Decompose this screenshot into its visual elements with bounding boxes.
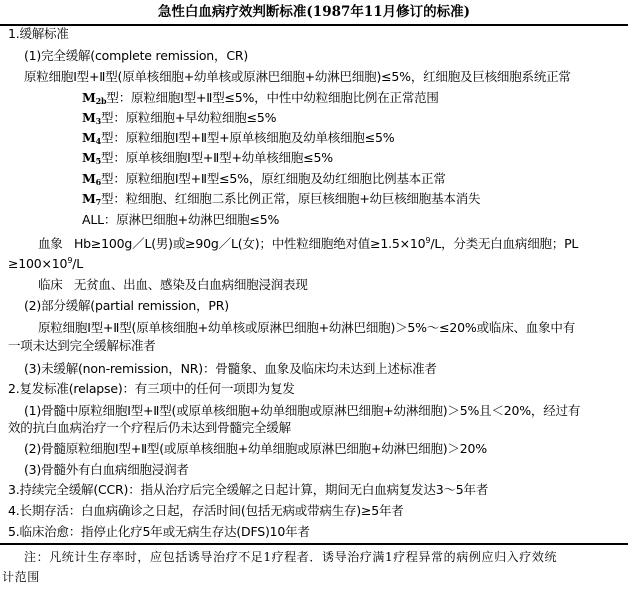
clinical-label: 临床 [38, 277, 63, 292]
cr-subtype-m4: M4型：原粒细胞Ⅰ型+Ⅱ型+原单核细胞及幼单核细胞≤5% [82, 129, 394, 147]
footnote-continued: 计范围 [2, 568, 40, 586]
relapse-item-1: (1)骨髓中原粒细胞Ⅰ型+Ⅱ型(或原单核细胞+幼单细胞或原淋巴细胞+幼淋细胞)＞… [24, 402, 580, 420]
relapse-item-2: (2)骨髓原粒细胞Ⅰ型+Ⅱ型(或原单核细胞+幼单细胞或原淋巴细胞+幼淋巴细胞)＞… [24, 440, 487, 458]
pr-criteria: 原粒细胞Ⅰ型+Ⅱ型(原单核细胞+幼单核或原淋巴细胞+幼淋巴细胞)＞5%～≤20%… [38, 319, 575, 337]
bottom-rule [0, 543, 628, 545]
subtype-text: 原粒细胞+早幼粒细胞≤5% [126, 110, 277, 125]
subtype-tag: M6 [82, 171, 101, 186]
cr-subtype-m3: M3型：原粒细胞+早幼粒细胞≤5% [82, 109, 276, 127]
subtype-text: 原粒细胞Ⅰ型+Ⅱ型+原单核细胞及幼单核细胞≤5% [126, 130, 395, 145]
top-rule [0, 24, 628, 26]
cr-subtype-m7: M7型：粒细胞、红细胞二系比例正常，原巨核细胞+幼巨核细胞基本消失 [82, 190, 480, 208]
cr-subtype-m5: M5型：原单核细胞Ⅰ型+Ⅱ型+幼单核细胞≤5% [82, 149, 333, 167]
cr-heading: (1)完全缓解(complete remission，CR) [24, 47, 248, 65]
cr-blood-criteria-continued: ≥100×109/L [8, 255, 83, 273]
section-5-clinical-cure: 5.临床治愈：指停止化疗5年或无病生存达(DFS)10年者 [8, 523, 310, 541]
section-1-heading: 1.缓解标准 [8, 25, 69, 43]
cr-general-criteria: 原粒细胞Ⅰ型+Ⅱ型(原单核细胞+幼单核或原淋巴细胞+幼淋巴细胞)≤5%，红细胞及… [24, 68, 571, 86]
blood-label: 血象 [38, 236, 63, 251]
subtype-tag: M7 [82, 191, 101, 206]
subtype-text: 粒细胞、红细胞二系比例正常，原巨核细胞+幼巨核细胞基本消失 [126, 191, 481, 206]
subtype-text: 原粒细胞Ⅰ型+Ⅱ型≤5%，中性中幼粒细胞比例在正常范围 [131, 90, 439, 105]
subtype-text: 原粒细胞Ⅰ型+Ⅱ型≤5%，原红细胞及幼红细胞比例基本正常 [126, 171, 446, 186]
subtype-tag: M4 [82, 130, 101, 145]
section-4-long-term-survival: 4.长期存活：白血病确诊之日起，存活时间(包括无病或带病生存)≥5年者 [8, 502, 404, 520]
cr-blood-criteria: 血象 Hb≥100g／L(男)或≥90g／L(女)；中性粒细胞绝对值≥1.5×1… [38, 235, 578, 253]
subtype-text: 原单核细胞Ⅰ型+Ⅱ型+幼单核细胞≤5% [126, 150, 333, 165]
subtype-tag: M2b [82, 90, 106, 105]
cr-subtype-m2b: M2b型：原粒细胞Ⅰ型+Ⅱ型≤5%，中性中幼粒细胞比例在正常范围 [82, 89, 439, 107]
relapse-item-3: (3)骨髓外有白血病细胞浸润者 [24, 461, 189, 479]
section-3-ccr: 3.持续完全缓解(CCR)：指从治疗后完全缓解之日起计算，期间无白血病复发达3～… [8, 481, 488, 499]
section-2-heading: 2.复发标准(relapse)：有三项中的任何一项即为复发 [8, 380, 295, 398]
cr-subtype-m6: M6型：原粒细胞Ⅰ型+Ⅱ型≤5%，原红细胞及幼红细胞比例基本正常 [82, 170, 446, 188]
cr-subtype-all: ALL：原淋巴细胞+幼淋巴细胞≤5% [82, 211, 279, 229]
pr-criteria-continued: 一项未达到完全缓解标准者 [8, 337, 156, 355]
footnote: 注：凡统计生存率时，应包括诱导治疗不足1疗程者．诱导治疗满1疗程异常的病例应归入… [24, 548, 557, 566]
relapse-item-1-continued: 效的抗白血病治疗一个疗程后仍未达到骨髓完全缓解 [8, 419, 291, 437]
cr-clinical-criteria: 临床 无贫血、出血、感染及白血病细胞浸润表现 [38, 276, 308, 294]
subtype-tag: M5 [82, 150, 101, 165]
document-title: 急性白血病疗效判断标准(1987年11月修订的标准) [0, 2, 628, 22]
pr-heading: (2)部分缓解(partial remission，PR) [24, 297, 229, 315]
nr-heading: (3)未缓解(non-remission，NR)：骨髓象、血象及临床均未达到上述… [24, 360, 437, 378]
subtype-tag: M3 [82, 110, 101, 125]
